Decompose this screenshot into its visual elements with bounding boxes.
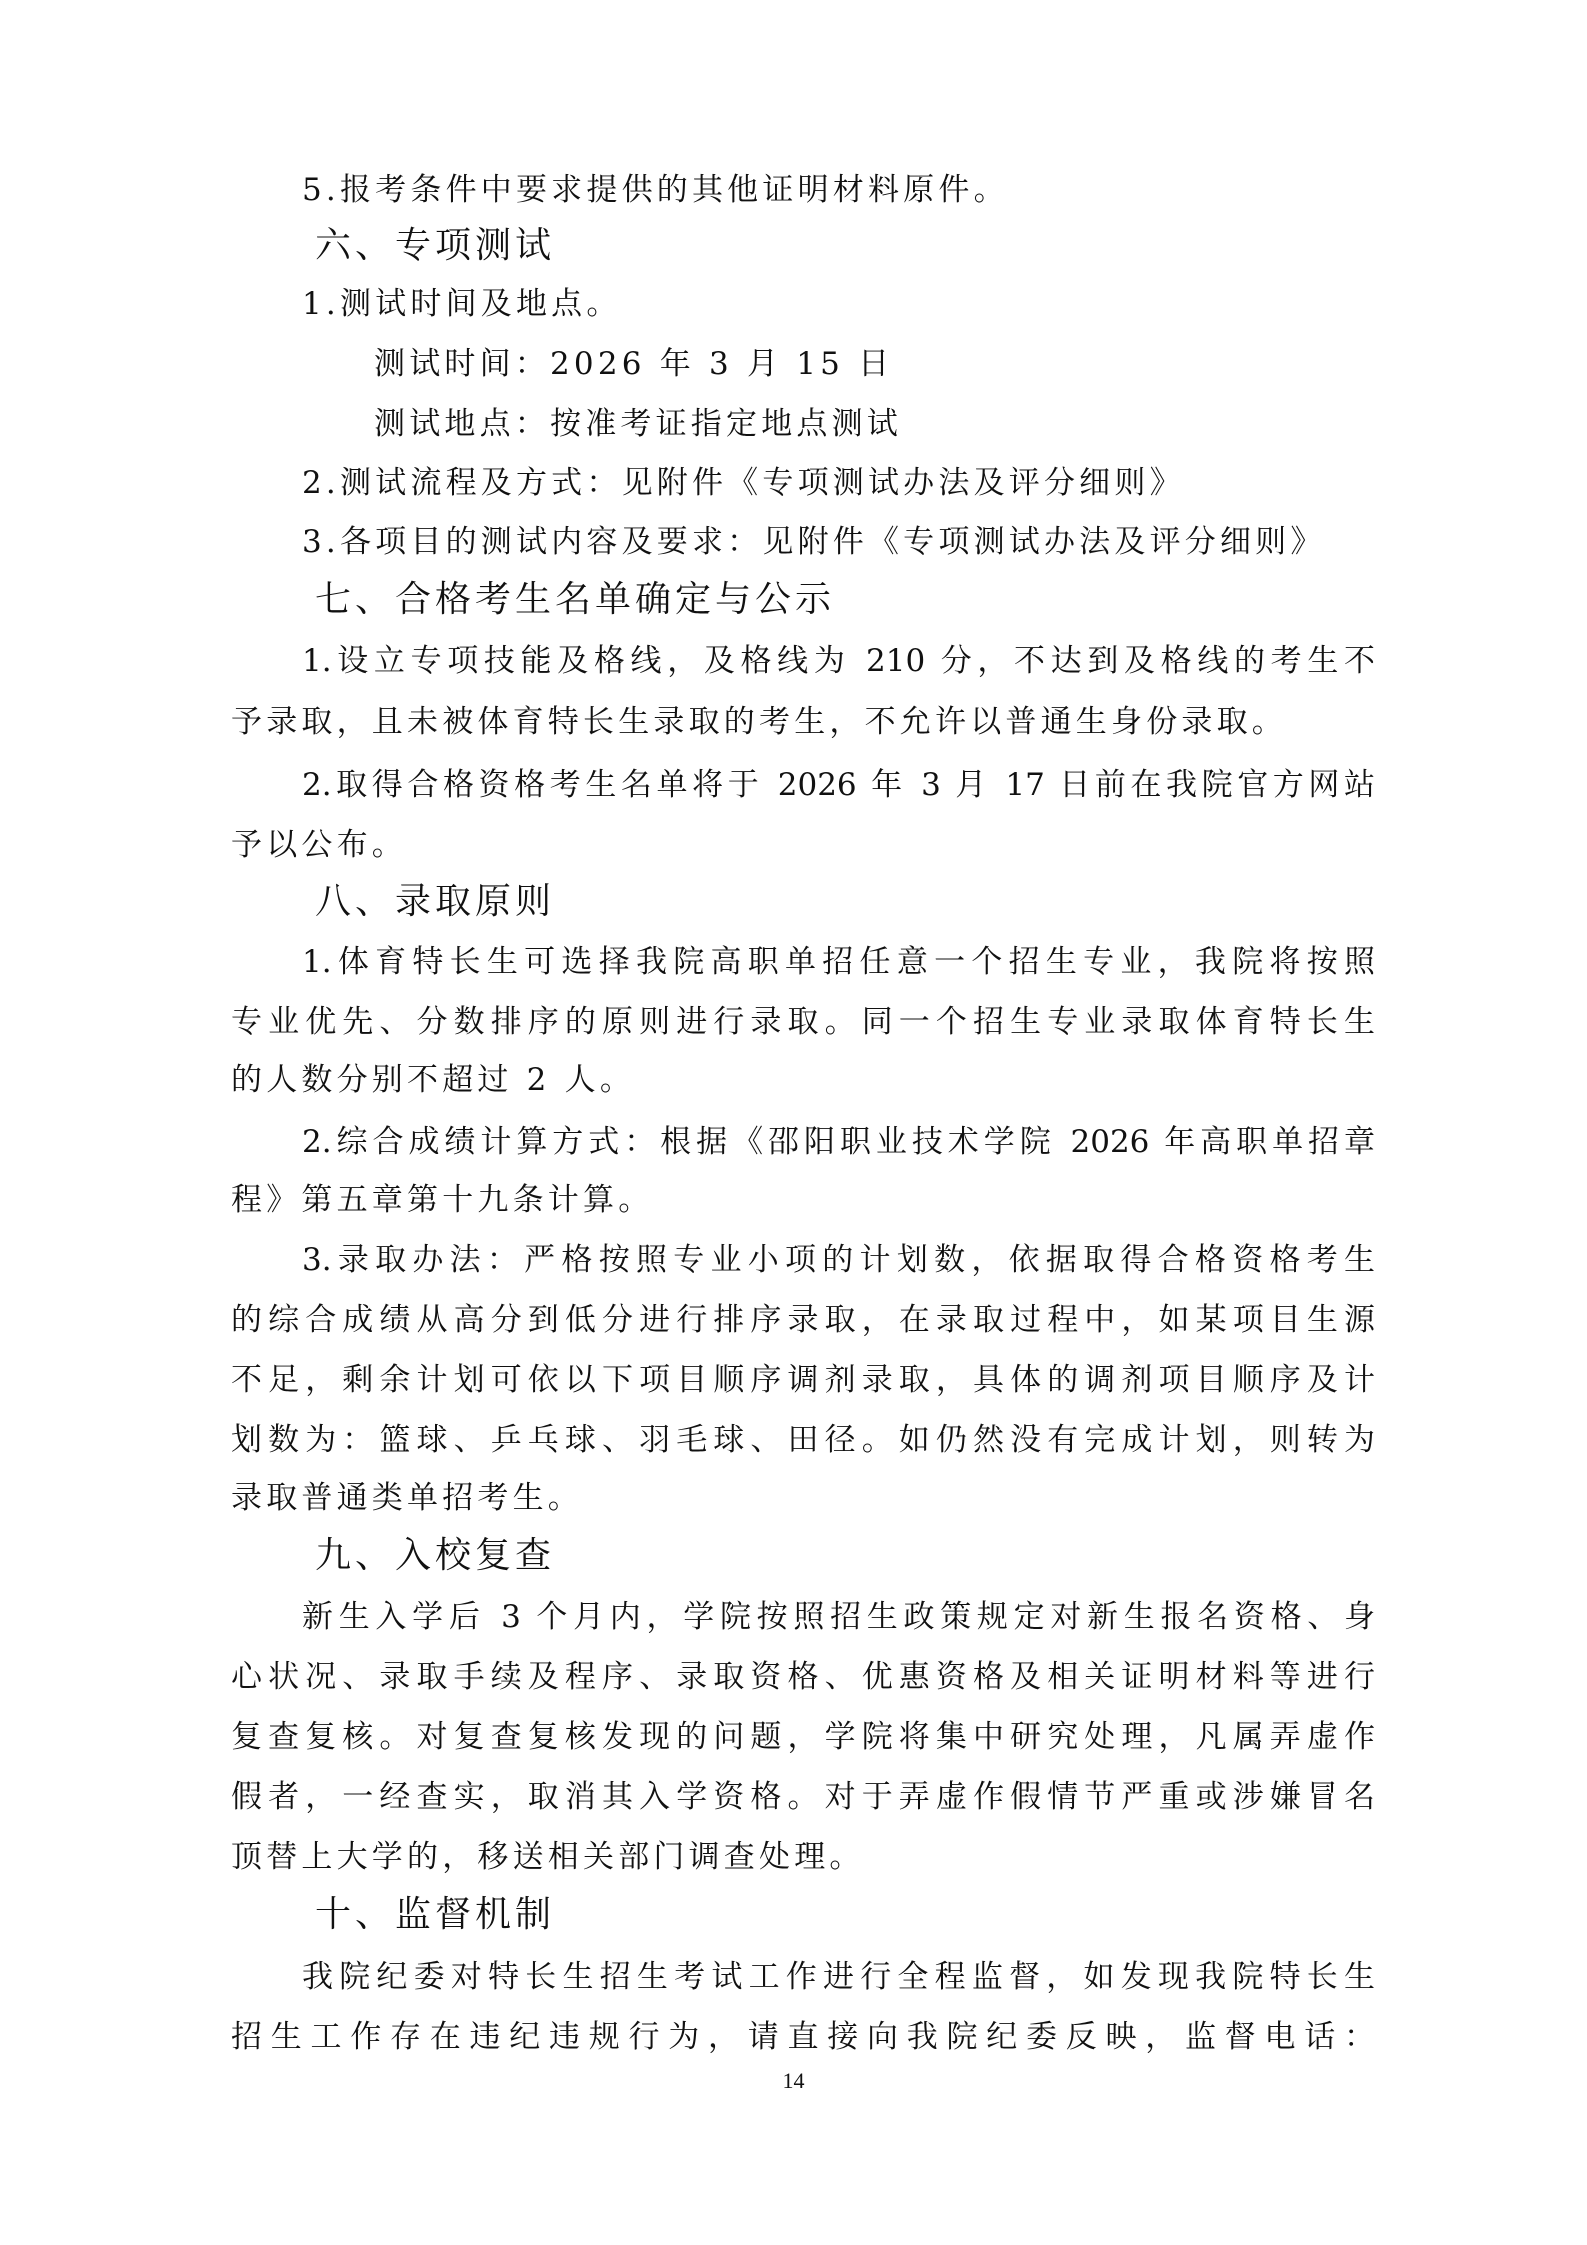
paragraph-line: 心状况、录取手续及程序、录取资格、优惠资格及相关证明材料等进行 — [231, 1657, 1375, 1697]
paragraph-line: 复查复核。对复查复核发现的问题，学院将集中研究处理，凡属弄虚作 — [231, 1717, 1375, 1757]
section-heading: 十、监督机制 — [315, 1893, 555, 1937]
paragraph-line: 予录取，且未被体育特长生录取的考生，不允许以普通生身份录取。 — [231, 702, 1381, 742]
paragraph-line: 测试时间：2026 年 3 月 15 日 — [374, 344, 1524, 384]
paragraph-line: 的人数分别不超过 2 人。 — [231, 1060, 1381, 1100]
paragraph-line: 顶替上大学的，移送相关部门调查处理。 — [231, 1837, 1381, 1877]
paragraph-line: 3.各项目的测试内容及要求：见附件《专项测试办法及评分细则》 — [302, 522, 1452, 562]
paragraph-line: 招生工作存在违纪违规行为，请直接向我院纪委反映，监督电话： — [231, 2017, 1375, 2057]
paragraph-line: 新生入学后 3 个月内，学院按照招生政策规定对新生报名资格、身 — [302, 1597, 1375, 1637]
paragraph-line: 不足，剩余计划可依以下项目顺序调剂录取，具体的调剂项目顺序及计 — [231, 1360, 1375, 1400]
document-page: 5.报考条件中要求提供的其他证明材料原件。六、专项测试1.测试时间及地点。测试时… — [0, 0, 1587, 2245]
paragraph-line: 5.报考条件中要求提供的其他证明材料原件。 — [302, 170, 1452, 210]
paragraph-line: 3.录取办法：严格按照专业小项的计划数，依据取得合格资格考生 — [302, 1240, 1375, 1280]
paragraph-line: 程》第五章第十九条计算。 — [231, 1180, 1381, 1220]
paragraph-line: 1.测试时间及地点。 — [302, 284, 1452, 324]
paragraph-line: 假者，一经查实，取消其入学资格。对于弄虚作假情节严重或涉嫌冒名 — [231, 1777, 1375, 1817]
paragraph-line: 予以公布。 — [231, 825, 1381, 865]
paragraph-line: 划数为：篮球、乒乓球、羽毛球、田径。如仍然没有完成计划，则转为 — [231, 1420, 1375, 1460]
section-heading: 七、合格考生名单确定与公示 — [315, 578, 835, 622]
paragraph-line: 2.综合成绩计算方式：根据《邵阳职业技术学院 2026 年高职单招章 — [302, 1122, 1375, 1162]
section-heading: 六、专项测试 — [315, 224, 555, 268]
paragraph-line: 1.设立专项技能及格线，及格线为 210 分，不达到及格线的考生不 — [302, 641, 1375, 681]
paragraph-line: 测试地点：按准考证指定地点测试 — [374, 404, 1524, 444]
paragraph-line: 1.体育特长生可选择我院高职单招任意一个招生专业，我院将按照 — [302, 942, 1375, 982]
paragraph-line: 我院纪委对特长生招生考试工作进行全程监督，如发现我院特长生 — [302, 1957, 1375, 1997]
paragraph-line: 专业优先、分数排序的原则进行录取。同一个招生专业录取体育特长生 — [231, 1002, 1375, 1042]
section-heading: 八、录取原则 — [315, 880, 555, 924]
page-number: 14 — [0, 2068, 1587, 2094]
paragraph-line: 的综合成绩从高分到低分进行排序录取，在录取过程中，如某项目生源 — [231, 1300, 1375, 1340]
paragraph-line: 2.取得合格资格考生名单将于 2026 年 3 月 17 日前在我院官方网站 — [302, 765, 1375, 805]
paragraph-line: 2.测试流程及方式：见附件《专项测试办法及评分细则》 — [302, 463, 1452, 503]
section-heading: 九、入校复查 — [315, 1534, 555, 1578]
paragraph-line: 录取普通类单招考生。 — [231, 1478, 1381, 1518]
